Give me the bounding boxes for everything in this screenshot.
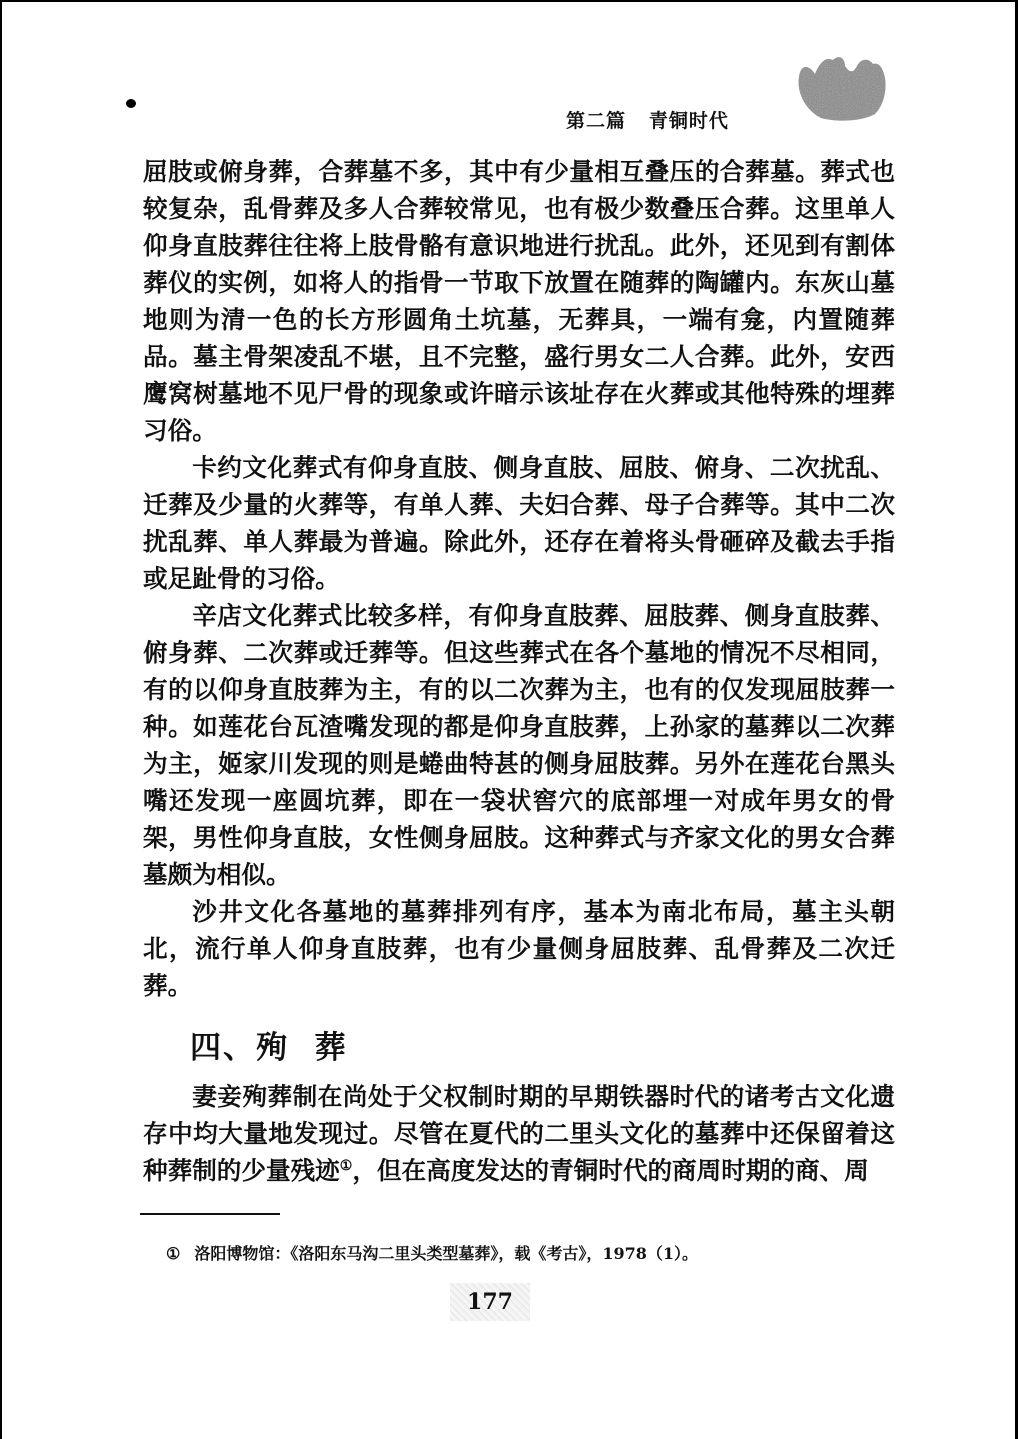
section-body: 妻妾殉葬制在尚处于父权制时期的早期铁器时代的诸考古文化遗存中均大量地发现过。尽管… [143, 1078, 895, 1189]
page-number: 177 [450, 1283, 530, 1321]
footnote-divider [140, 1213, 280, 1215]
footnote-reference[interactable]: ① [340, 1158, 353, 1174]
paragraph-human-sacrifice: 妻妾殉葬制在尚处于父权制时期的早期铁器时代的诸考古文化遗存中均大量地发现过。尽管… [143, 1078, 895, 1189]
footnote-text: 洛阳博物馆：《洛阳东马沟二里头类型墓葬》，载《考古》，1978（1）。 [194, 1244, 698, 1263]
paragraph-kayue-culture: 卡约文化葬式有仰身直肢、侧身直肢、屈肢、俯身、二次扰乱、迁葬及少量的火葬等，有单… [143, 449, 895, 597]
body-text: 屈肢或俯身葬，合葬墓不多，其中有少量相互叠压的合葬墓。葬式也较复杂，乱骨葬及多人… [143, 153, 895, 1004]
paragraph-xindian-culture: 辛店文化葬式比较多样，有仰身直肢葬、屈肢葬、侧身直肢葬、俯身葬、二次葬或迁葬等。… [143, 597, 895, 893]
paragraph-text-after-ref: ，但在高度发达的青铜时代的商周时期的商、周 [352, 1156, 868, 1185]
scan-speck [126, 99, 136, 108]
running-header-title: 第二篇 青铜时代 [566, 106, 729, 133]
section-heading: 四、殉 葬 [190, 1022, 348, 1067]
paragraph-shajing-culture: 沙井文化各墓地的墓葬排列有序，基本为南北布局，墓主头朝北，流行单人仰身直肢葬，也… [143, 893, 895, 1004]
paragraph-1: 屈肢或俯身葬，合葬墓不多，其中有少量相互叠压的合葬墓。葬式也较复杂，乱骨葬及多人… [143, 153, 895, 449]
ink-landscape-ornament-icon [795, 52, 890, 122]
footnote: ①洛阳博物馆：《洛阳东马沟二里头类型墓葬》，载《考古》，1978（1）。 [166, 1241, 698, 1264]
footnote-marker: ① [166, 1244, 180, 1263]
